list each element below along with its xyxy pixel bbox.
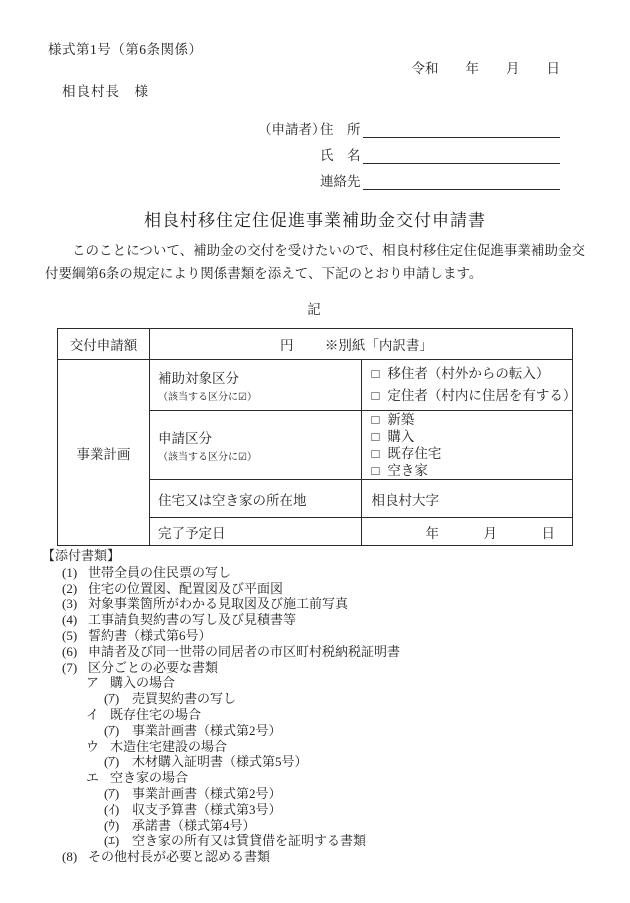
contact-label: 連絡先	[320, 170, 361, 190]
completion-date-label: 完了予定日	[150, 518, 362, 546]
amount-note: ※別紙「内訳書」	[325, 338, 433, 353]
checkbox-option: □ 新築	[372, 411, 573, 428]
applicant-block: （申請者） 住 所 氏 名 連絡先	[258, 112, 560, 190]
subsidy-target-label: 補助対象区分	[158, 371, 239, 386]
application-table: 交付申請額 円 ※別紙「内訳書」 事業計画 補助対象区分 （該当する区分に☑） …	[57, 328, 573, 546]
subsidy-target-note: （該当する区分に☑）	[158, 388, 361, 403]
checkbox-icon[interactable]: □	[372, 428, 380, 445]
list-item: イ既存住宅の場合	[42, 707, 602, 723]
list-item: (1)世帯全員の住民票の写し	[42, 565, 602, 581]
list-item: (2)住宅の位置図、配置図及び平面図	[42, 581, 602, 597]
attachments-section: 【添付書類】 (1)世帯全員の住民票の写し (2)住宅の位置図、配置図及び平面図…	[42, 548, 602, 865]
list-item: (ｱ)事業計画書（様式第2号）	[42, 786, 602, 802]
document-page: 様式第1号（第6条関係） 令和 年 月 日 相良村長 様 （申請者） 住 所 氏…	[0, 0, 630, 903]
form-number: 様式第1号（第6条関係）	[48, 38, 203, 58]
plan-label: 事業計画	[58, 360, 150, 546]
applicant-contact-row: 連絡先	[258, 164, 560, 190]
amount-row: 交付申請額 円 ※別紙「内訳書」	[58, 329, 573, 360]
checkbox-icon[interactable]: □	[372, 462, 380, 479]
name-input-line[interactable]	[363, 146, 561, 164]
list-item: ウ木造住宅建設の場合	[42, 739, 602, 755]
amount-label: 交付申請額	[58, 329, 150, 360]
checkbox-icon[interactable]: □	[372, 363, 380, 385]
option-label: 購入	[387, 428, 414, 445]
checkbox-option: □ 購入	[372, 428, 573, 445]
list-item: (6)申請者及び同一世帯の同居者の市区町村税納税証明書	[42, 644, 602, 660]
addressee: 相良村長 様	[62, 80, 149, 100]
contact-input-line[interactable]	[363, 172, 561, 190]
subsidy-target-label-cell: 補助対象区分 （該当する区分に☑）	[150, 360, 362, 411]
option-label: 新築	[387, 411, 414, 428]
list-item: エ空き家の場合	[42, 770, 602, 786]
list-item: (ｱ)事業計画書（様式第2号）	[42, 723, 602, 739]
body-paragraph: このことについて、補助金の交付を受けたいので、相良村移住定住促進事業補助金交付要…	[45, 239, 585, 285]
date-line: 令和 年 月 日	[412, 57, 561, 77]
location-value[interactable]: 相良村大字	[361, 480, 573, 518]
applicant-address-row: （申請者） 住 所	[258, 112, 560, 138]
list-item: ア購入の場合	[42, 675, 602, 691]
list-item: (ｴ)空き家の所有又は賃貸借を証明する書類	[42, 833, 602, 849]
list-item: (ｱ)売買契約書の写し	[42, 691, 602, 707]
list-item: (5)誓約書（様式第6号）	[42, 628, 602, 644]
subsidy-target-options: □ 移住者（村外からの転入） □ 定住者（村内に住居を有する）	[361, 360, 573, 411]
amount-unit: 円	[280, 338, 294, 353]
address-label: 住 所	[320, 118, 361, 138]
applicant-prefix: （申請者）	[258, 118, 320, 138]
list-item: (7)区分ごとの必要な書類	[42, 660, 602, 676]
checkbox-option: □ 定住者（村内に住居を有する）	[372, 385, 573, 407]
list-item: (ｳ)承諾書（様式第4号）	[42, 818, 602, 834]
list-item: (ｱ)木材購入証明書（様式第5号）	[42, 754, 602, 770]
completion-date-value[interactable]: 年 月 日	[361, 518, 573, 546]
name-label: 氏 名	[320, 144, 361, 164]
checkbox-option: □ 既存住宅	[372, 445, 573, 462]
location-label: 住宅又は空き家の所在地	[150, 480, 362, 518]
amount-value-cell[interactable]: 円 ※別紙「内訳書」	[150, 329, 573, 360]
checkbox-option: □ 移住者（村外からの転入）	[372, 363, 573, 385]
option-label: 空き家	[387, 462, 428, 479]
list-item: (3)対象事業箇所がわかる見取図及び施工前写真	[42, 596, 602, 612]
checkbox-icon[interactable]: □	[372, 445, 380, 462]
application-category-options: □ 新築 □ 購入 □ 既存住宅 □ 空き家	[361, 411, 573, 480]
applicant-name-row: 氏 名	[258, 138, 560, 164]
checkbox-option: □ 空き家	[372, 462, 573, 479]
list-item: (ｲ)収支予算書（様式第3号）	[42, 802, 602, 818]
list-item: (8)その他村長が必要と認める書類	[42, 849, 602, 865]
checkbox-icon[interactable]: □	[372, 385, 380, 407]
application-category-label: 申請区分	[158, 431, 212, 446]
attachments-header: 【添付書類】	[42, 548, 602, 564]
option-label: 移住者（村外からの転入）	[387, 363, 549, 385]
option-label: 定住者（村内に住居を有する）	[387, 385, 572, 407]
application-category-label-cell: 申請区分 （該当する区分に☑）	[150, 411, 362, 480]
list-item: (4)工事請負契約書の写し及び見積書等	[42, 612, 602, 628]
record-mark: 記	[0, 298, 630, 318]
checkbox-icon[interactable]: □	[372, 411, 380, 428]
option-label: 既存住宅	[387, 445, 441, 462]
document-title: 相良村移住定住促進事業補助金交付申請書	[0, 206, 630, 231]
application-category-note: （該当する区分に☑）	[158, 448, 361, 463]
address-input-line[interactable]	[363, 120, 561, 138]
subsidy-target-row: 事業計画 補助対象区分 （該当する区分に☑） □ 移住者（村外からの転入） □ …	[58, 360, 573, 411]
